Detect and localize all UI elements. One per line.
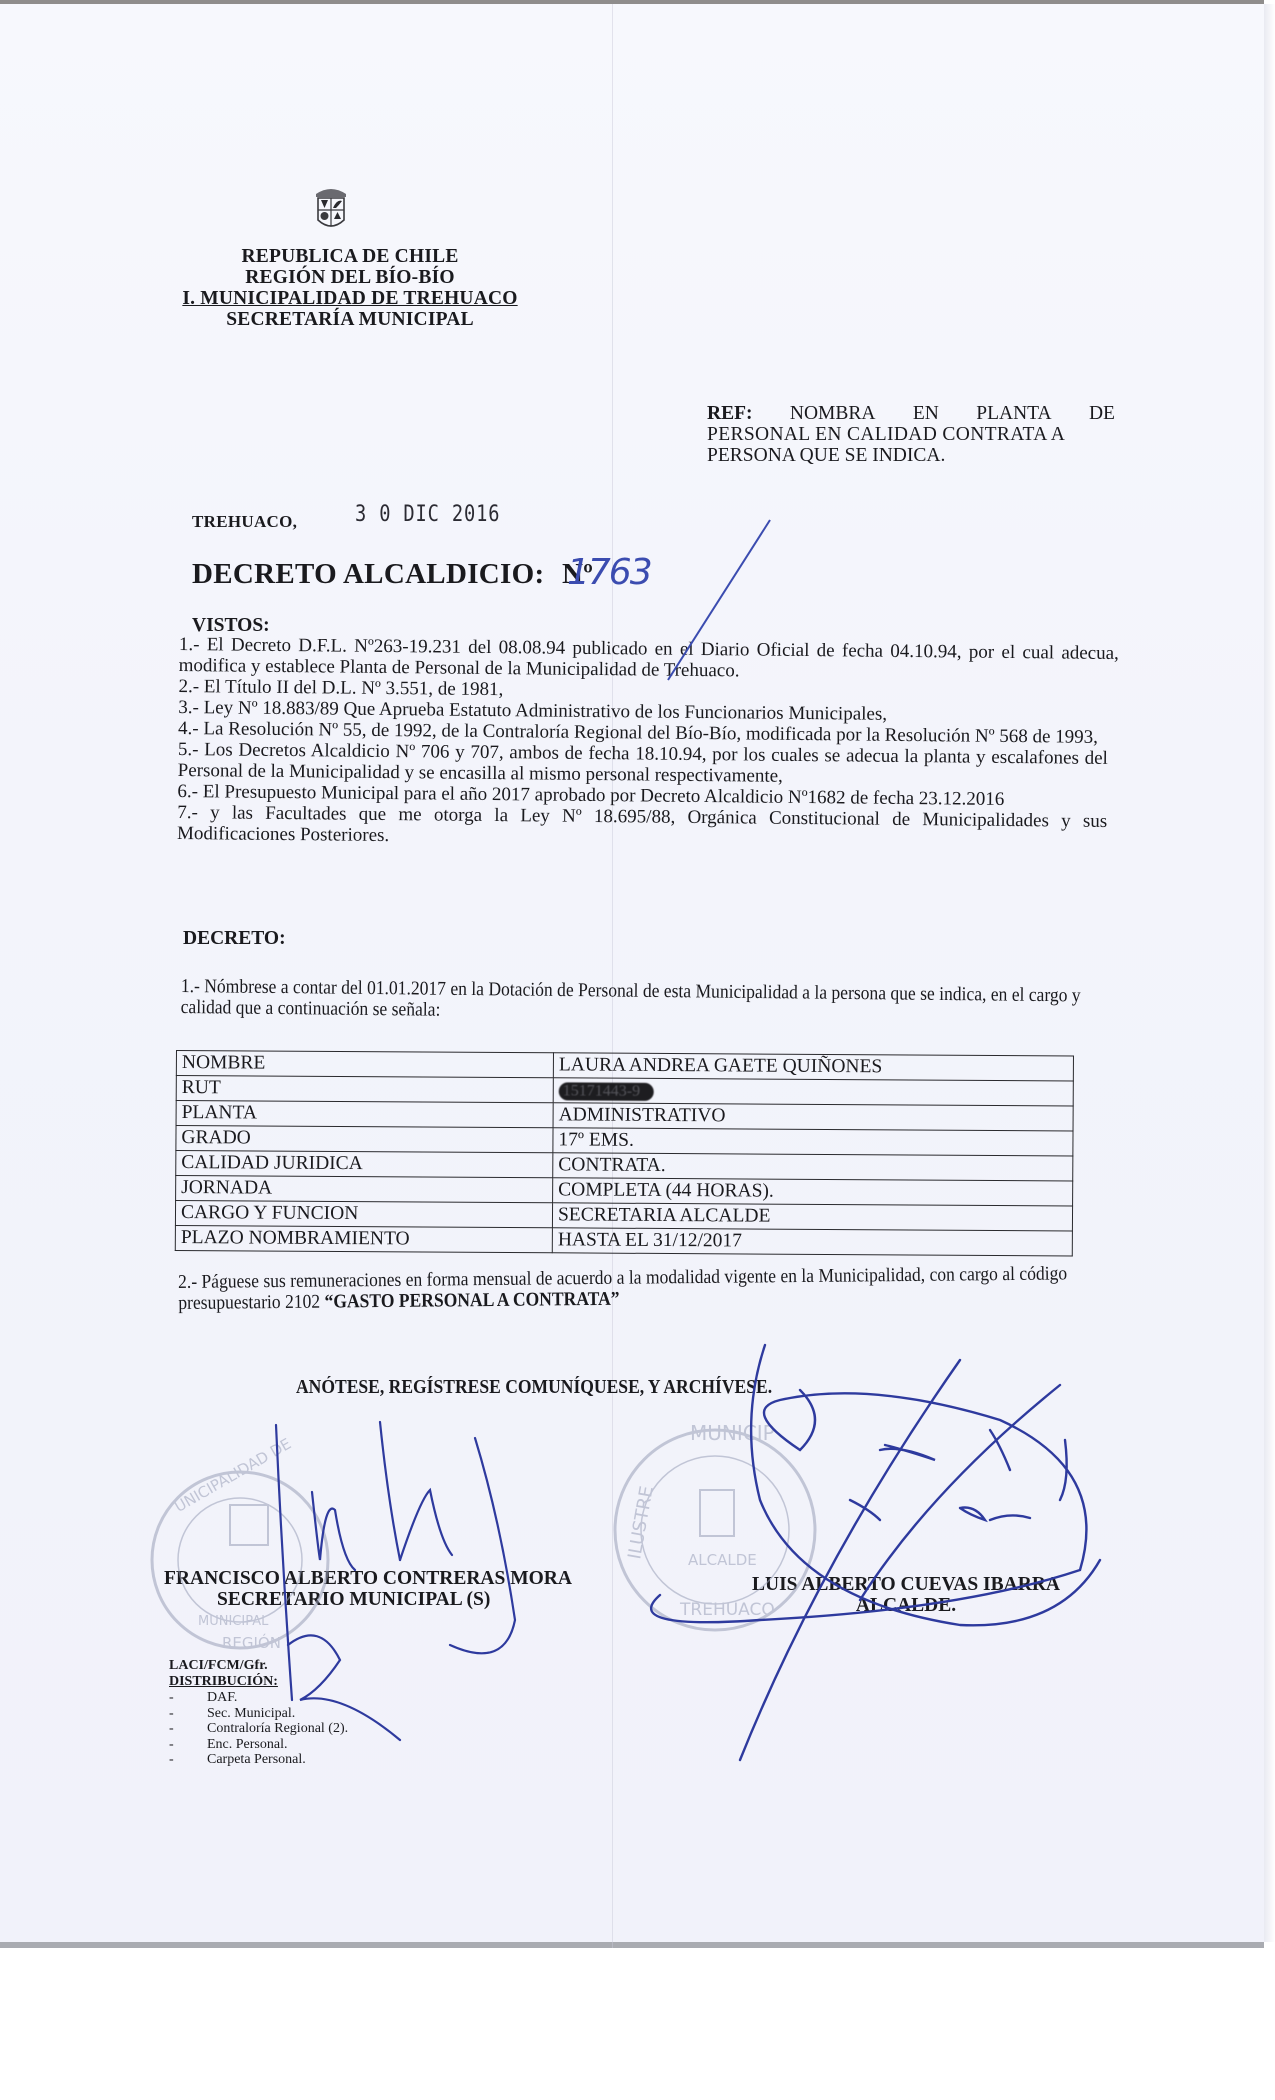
bullet-dash: - [169, 1706, 207, 1722]
bullet-dash: - [169, 1721, 207, 1737]
table-label: JORNADA [176, 1176, 553, 1203]
letterhead-region: REGIÓN DEL BÍO-BÍO [150, 267, 550, 288]
list-item: -Carpeta Personal. [169, 1752, 348, 1768]
list-item: -DAF. [169, 1690, 348, 1706]
distribution-list: -DAF.-Sec. Municipal.-Contraloría Region… [169, 1690, 348, 1768]
secretary-name: FRANCISCO ALBERTO CONTRERAS MORA [164, 1568, 572, 1589]
reference-line-3: PERSONA QUE SE INDICA. [707, 445, 1115, 466]
list-item: -Contraloría Regional (2). [169, 1721, 348, 1737]
reference-line-2: PERSONAL EN CALIDAD CONTRATA A [707, 424, 1115, 445]
table-value: LAURA ANDREA GAETE QUIÑONES [553, 1053, 1073, 1081]
appointment-table: NOMBRELAURA ANDREA GAETE QUIÑONESRUT1517… [175, 1050, 1074, 1256]
budget-code-name: “GASTO PERSONAL A CONTRATA” [324, 1289, 619, 1313]
redacted-rut: 15171443-9 [559, 1082, 654, 1101]
table-row: PLAZO NOMBRAMIENTOHASTA EL 31/12/2017 [175, 1225, 1072, 1255]
bullet-dash: - [169, 1752, 207, 1768]
decree-number-handwritten: 1763 [567, 552, 651, 593]
decreto-section-title: DECRETO: [183, 928, 286, 950]
table-value: HASTA EL 31/12/2017 [552, 1228, 1072, 1256]
list-item: -Sec. Municipal. [169, 1706, 348, 1722]
coat-of-arms-icon [312, 186, 350, 232]
distribution-title: DISTRIBUCIÓN: [169, 1674, 348, 1690]
table-value: SECRETARIA ALCALDE [552, 1203, 1072, 1231]
table-label: GRADO [176, 1126, 553, 1153]
distribution-block: LACI/FCM/Gfr. DISTRIBUCIÓN: -DAF.-Sec. M… [169, 1658, 348, 1768]
letterhead: REPUBLICA DE CHILE REGIÓN DEL BÍO-BÍO I.… [150, 246, 550, 330]
mayor-role: ALCALDE. [752, 1595, 1060, 1616]
table-value: CONTRATA. [553, 1153, 1073, 1181]
fold-line [612, 4, 613, 1948]
signatory-secretary: FRANCISCO ALBERTO CONTRERAS MORA SECRETA… [164, 1568, 572, 1610]
letterhead-country: REPUBLICA DE CHILE [150, 246, 550, 267]
reference-label: REF: [707, 403, 753, 424]
distribution-item: Enc. Personal. [207, 1737, 287, 1753]
decree-title: DECRETO ALCALDICIO: Nº [192, 558, 593, 591]
table-value: COMPLETA (44 HORAS). [553, 1178, 1073, 1206]
distribution-item: Contraloría Regional (2). [207, 1721, 348, 1737]
mayor-name: LUIS ALBERTO CUEVAS IBARRA [752, 1574, 1060, 1595]
bullet-dash: - [169, 1737, 207, 1753]
reference-initials: LACI/FCM/Gfr. [169, 1658, 348, 1674]
distribution-item: DAF. [207, 1690, 237, 1706]
vistos-list: 1.- El Decreto D.F.L. Nº263-19.231 del 0… [177, 634, 1119, 853]
distribution-item: Carpeta Personal. [207, 1752, 306, 1768]
reference-block: REF: NOMBRA EN PLANTA DE PERSONAL EN CAL… [707, 403, 1115, 466]
letterhead-department: SECRETARÍA MUNICIPAL [150, 309, 550, 330]
table-label: PLAZO NOMBRAMIENTO [175, 1225, 552, 1252]
bullet-dash: - [169, 1690, 207, 1706]
table-value: 17º EMS. [553, 1128, 1073, 1156]
table-label: CALIDAD JURIDICA [176, 1151, 553, 1178]
signatory-mayor: LUIS ALBERTO CUEVAS IBARRA ALCALDE. [752, 1574, 1060, 1616]
table-value: 15171443-9 [553, 1078, 1073, 1106]
table-label: PLANTA [176, 1101, 553, 1128]
list-item: -Enc. Personal. [169, 1737, 348, 1753]
table-value: ADMINISTRATIVO [553, 1103, 1073, 1131]
place: TREHUACO, [192, 512, 297, 532]
closing-formula: ANÓTESE, REGÍSTRESE COMUNÍQUESE, Y ARCHÍ… [296, 1377, 772, 1399]
distribution-item: Sec. Municipal. [207, 1706, 295, 1722]
table-label: RUT [176, 1076, 553, 1103]
stamped-date: 3 0 DIC 2016 [355, 502, 500, 527]
table-label: NOMBRE [176, 1051, 553, 1078]
table-label: CARGO Y FUNCION [175, 1201, 552, 1228]
secretary-role: SECRETARIO MUNICIPAL (S) [164, 1589, 572, 1610]
vistos-item: 7.- y las Facultades que me otorga la Le… [177, 802, 1107, 853]
letterhead-municipality: I. MUNICIPALIDAD DE TREHUACO [150, 288, 550, 309]
